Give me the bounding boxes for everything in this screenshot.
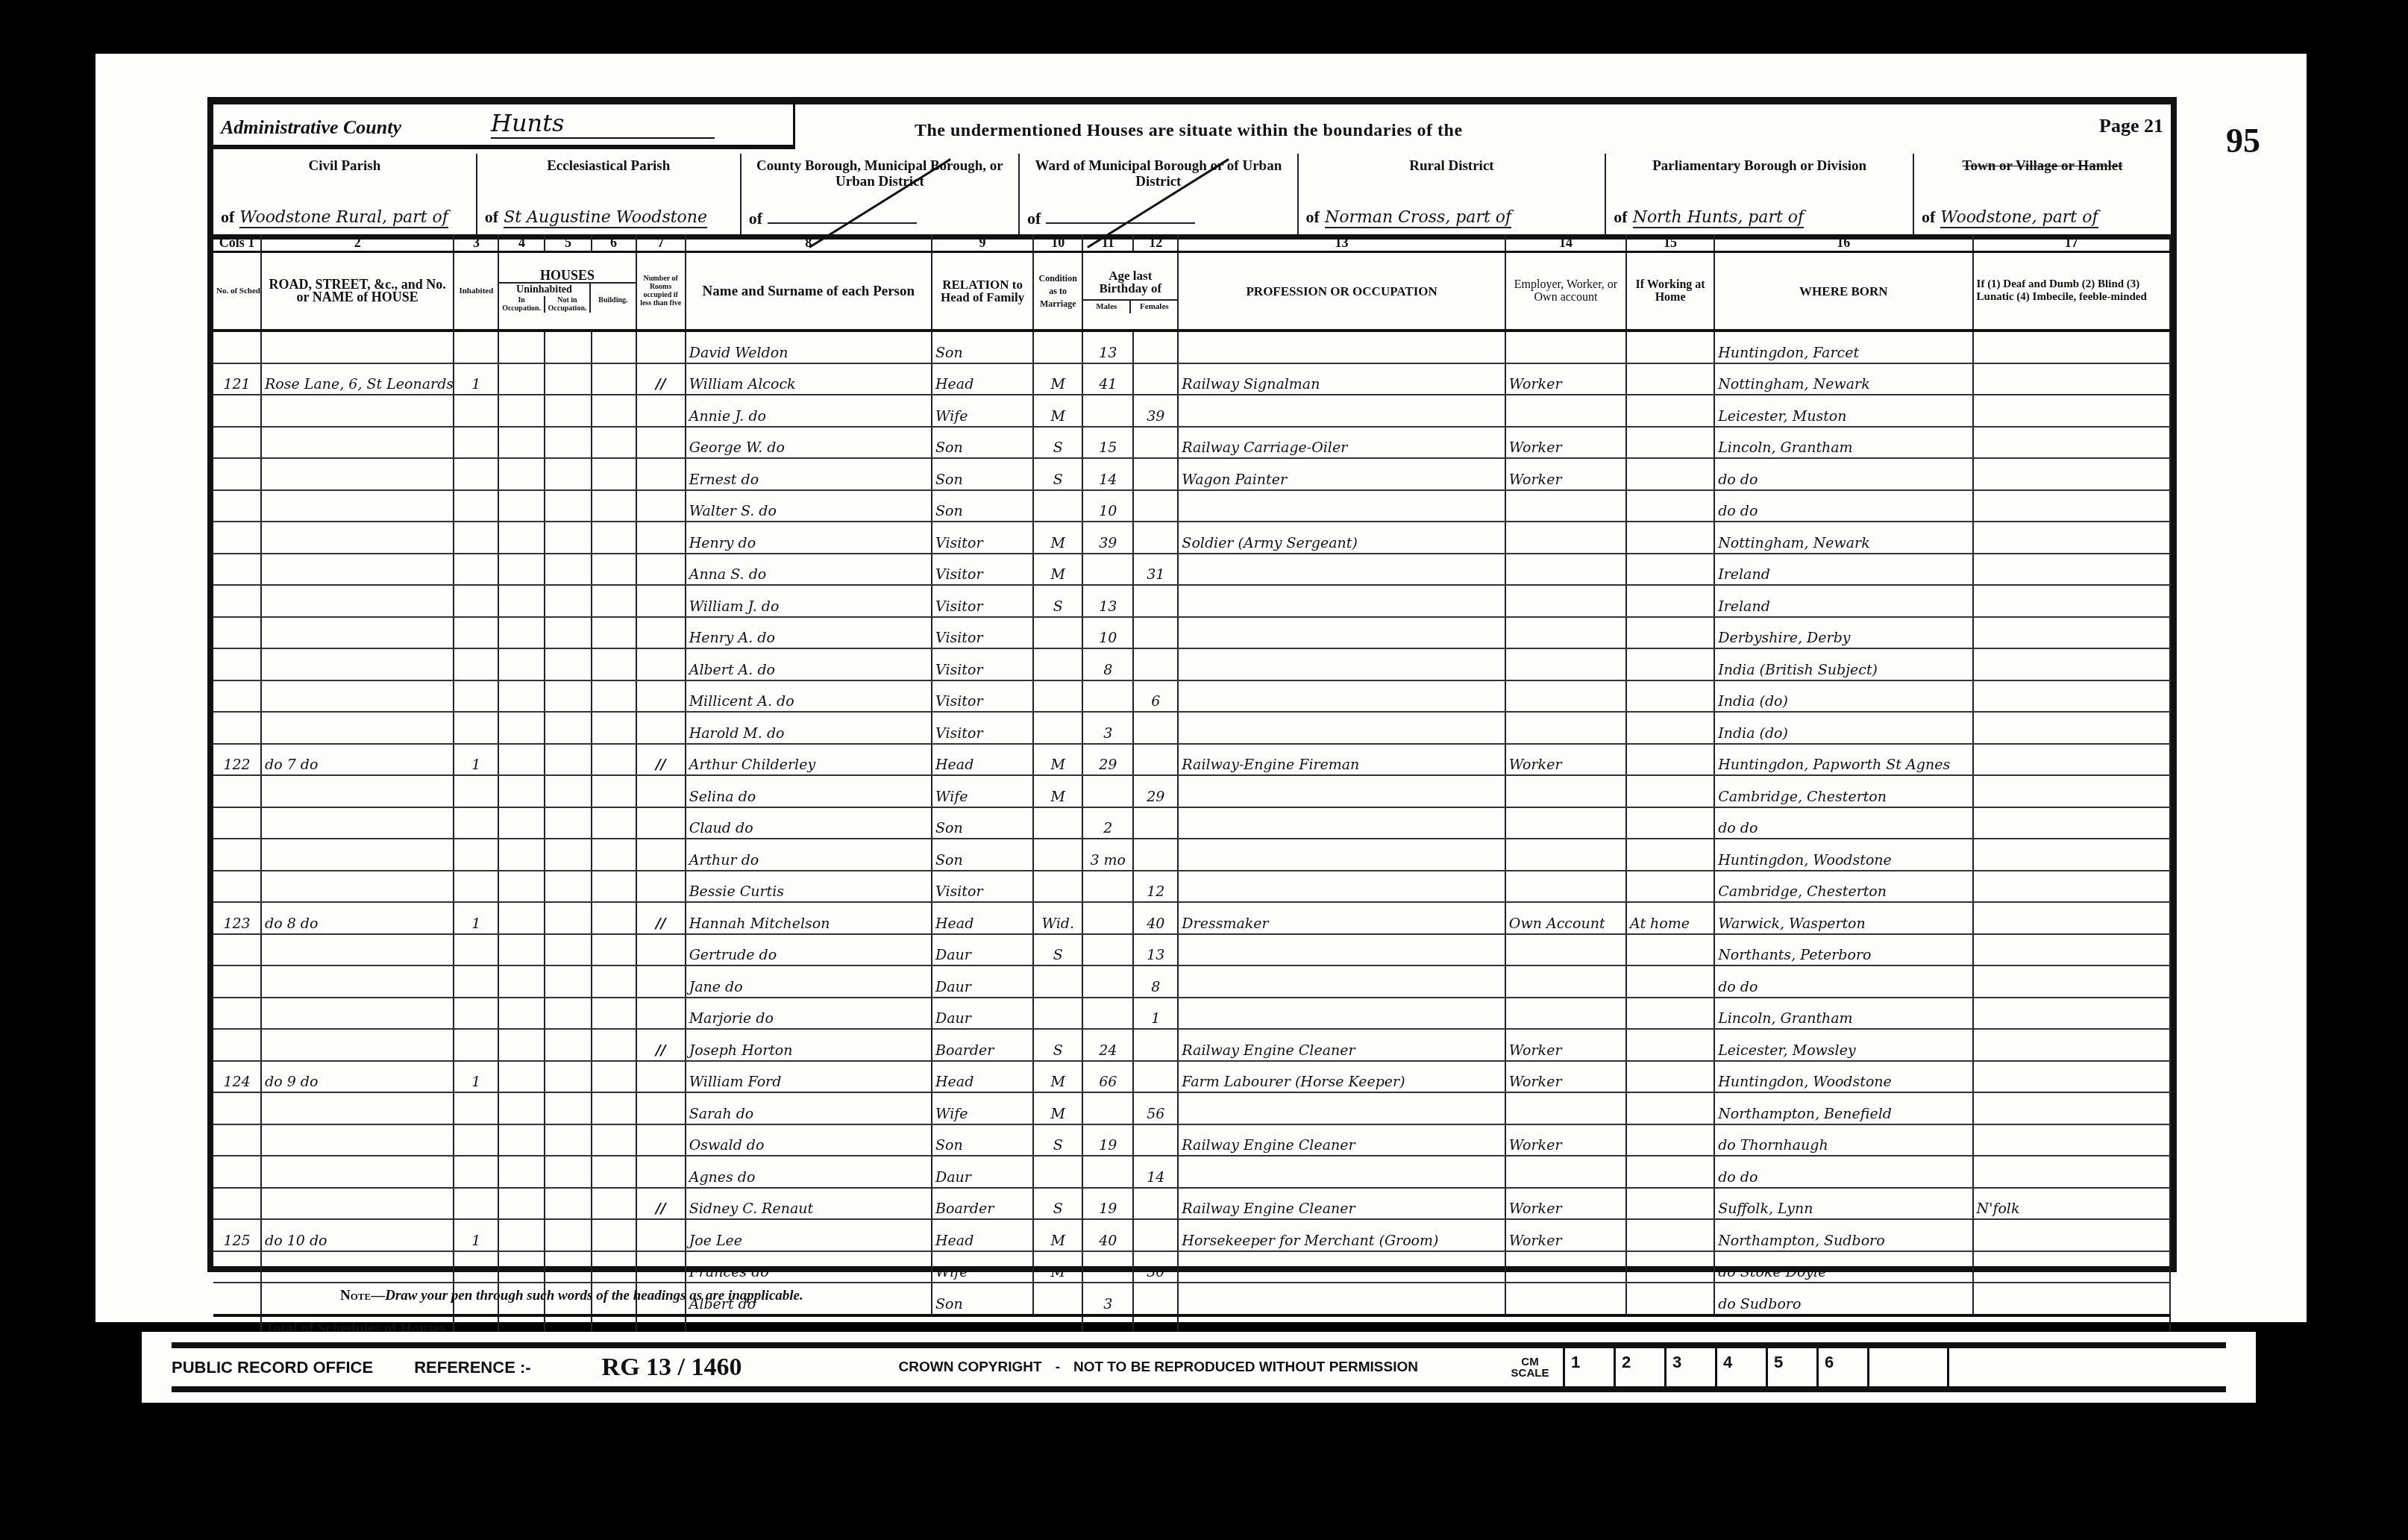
col-road-header: ROAD, STREET, &c., and No. or NAME of HO… xyxy=(261,252,454,331)
area-value: of Woodstone, part of xyxy=(1922,207,2163,228)
males-label: Males xyxy=(1083,301,1131,313)
not-in-occupation xyxy=(545,522,591,554)
marital-condition: M xyxy=(1033,744,1082,776)
rooms-mark: // xyxy=(636,744,686,776)
infirmity xyxy=(1973,1251,2170,1283)
area-value-text xyxy=(1046,222,1195,224)
building xyxy=(592,934,636,966)
not-in-occupation xyxy=(545,1188,591,1220)
column-number: 14 xyxy=(1505,234,1626,252)
male-age xyxy=(1082,680,1133,713)
male-age: 8 xyxy=(1082,648,1133,680)
column-number: 3 xyxy=(454,234,498,252)
female-age: 31 xyxy=(1133,554,1178,586)
occupation xyxy=(1178,1092,1505,1124)
relation: Visitor xyxy=(932,617,1033,649)
in-occupation xyxy=(498,1092,545,1124)
female-age xyxy=(1133,427,1178,459)
column-number: 2 xyxy=(261,234,454,252)
female-age xyxy=(1133,458,1178,490)
in-occupation-label: In Occupation. xyxy=(499,296,545,313)
birthplace: Ireland xyxy=(1714,585,1972,617)
birthplace: Warwick, Wasperton xyxy=(1714,902,1972,934)
area-civil-parish: Civil Parishof Woodstone Rural, part of xyxy=(213,154,477,234)
employment-status: Worker xyxy=(1505,744,1626,776)
not-in-occupation xyxy=(545,775,591,807)
column-headings-row: No. of Schedule ROAD, STREET, &c., and N… xyxy=(213,252,2170,331)
address xyxy=(261,458,454,490)
marital-condition xyxy=(1033,807,1082,839)
not-in-occupation xyxy=(545,331,591,363)
female-age xyxy=(1133,648,1178,680)
infirmity xyxy=(1973,427,2170,459)
schedule-number xyxy=(213,395,261,427)
table-row: Harold M. doVisitor3India (do) xyxy=(213,712,2170,744)
person-name: Claud do xyxy=(686,807,932,839)
occupation: Horsekeeper for Merchant (Groom) xyxy=(1178,1219,1505,1251)
table-row: Henry doVisitorM39Soldier (Army Sergeant… xyxy=(213,522,2170,554)
employment-status: Own Account xyxy=(1505,902,1626,934)
working-at-home xyxy=(1626,934,1714,966)
occupation xyxy=(1178,680,1505,713)
relation: Head xyxy=(932,902,1033,934)
birthplace: Nottingham, Newark xyxy=(1714,522,1972,554)
person-name: George W. do xyxy=(686,427,932,459)
male-age: 66 xyxy=(1082,1061,1133,1093)
employment-status: Worker xyxy=(1505,1029,1626,1061)
not-in-occupation xyxy=(545,617,591,649)
female-age xyxy=(1133,1283,1178,1315)
schedule-number xyxy=(213,839,261,871)
person-name: Sarah do xyxy=(686,1092,932,1124)
address xyxy=(261,617,454,649)
person-name: Frances do xyxy=(686,1251,932,1283)
occupation xyxy=(1178,934,1505,966)
not-in-occupation-label: Not in Occupation. xyxy=(545,296,591,313)
person-name: Anna S. do xyxy=(686,554,932,586)
not-in-occupation xyxy=(545,1029,591,1061)
relation: Son xyxy=(932,458,1033,490)
col-infirmity-header: If (1) Deaf and Dumb (2) Blind (3) Lunat… xyxy=(1973,252,2170,331)
address xyxy=(261,1251,454,1283)
person-name: Joseph Horton xyxy=(686,1029,932,1061)
address xyxy=(261,934,454,966)
building xyxy=(592,1156,636,1188)
table-row: Bessie CurtisVisitor12Cambridge, Chester… xyxy=(213,871,2170,903)
marital-condition: M xyxy=(1033,1092,1082,1124)
building-label: Building. xyxy=(591,296,635,313)
occupation xyxy=(1178,775,1505,807)
scale-mark: 1 xyxy=(1563,1348,1614,1386)
male-age xyxy=(1082,871,1133,903)
in-occupation xyxy=(498,965,545,998)
relation: Visitor xyxy=(932,871,1033,903)
relation: Son xyxy=(932,1283,1033,1315)
col-name-header: Name and Surname of each Person xyxy=(686,252,932,331)
person-name: William J. do xyxy=(686,585,932,617)
female-age: 8 xyxy=(1133,965,1178,998)
address xyxy=(261,1092,454,1124)
admin-county-label: Administrative County xyxy=(221,116,401,139)
table-row: 123do 8 do1//Hannah MitchelsonHeadWid.40… xyxy=(213,902,2170,934)
address xyxy=(261,807,454,839)
working-at-home xyxy=(1626,554,1714,586)
scale-mark-end xyxy=(1867,1348,1949,1386)
inhabited-count xyxy=(454,458,498,490)
area-value-text: St Augustine Woodstone xyxy=(504,208,707,228)
birthplace: do do xyxy=(1714,490,1972,522)
boundary-text: The undermentioned Houses are situate wi… xyxy=(915,121,1463,141)
in-occupation xyxy=(498,902,545,934)
rooms-mark xyxy=(636,998,686,1030)
birthplace: Derbyshire, Derby xyxy=(1714,617,1972,649)
rooms-mark xyxy=(636,617,686,649)
marital-condition xyxy=(1033,617,1082,649)
male-age: 2 xyxy=(1082,807,1133,839)
person-name: Harold M. do xyxy=(686,712,932,744)
male-age: 19 xyxy=(1082,1188,1133,1220)
marital-condition xyxy=(1033,712,1082,744)
table-row: Gertrude doDaurS13Northants, Peterboro xyxy=(213,934,2170,966)
relation: Son xyxy=(932,490,1033,522)
inhabited-count xyxy=(454,998,498,1030)
working-at-home xyxy=(1626,839,1714,871)
person-name: Ernest do xyxy=(686,458,932,490)
inhabited-count xyxy=(454,1092,498,1124)
occupation xyxy=(1178,998,1505,1030)
area-value-text: Woodstone Rural, part of xyxy=(239,208,448,228)
working-at-home xyxy=(1626,1283,1714,1315)
employment-status xyxy=(1505,617,1626,649)
working-at-home xyxy=(1626,395,1714,427)
area-title: Parliamentary Borough or Division xyxy=(1612,158,1907,174)
building xyxy=(592,712,636,744)
in-occupation xyxy=(498,427,545,459)
rooms-mark: // xyxy=(636,902,686,934)
occupation xyxy=(1178,554,1505,586)
employment-status: Worker xyxy=(1505,458,1626,490)
census-sheet: 95 Administrative County Hunts The under… xyxy=(95,54,2307,1322)
infirmity xyxy=(1973,490,2170,522)
footnote: Note—Draw your pen through such words of… xyxy=(340,1288,803,1304)
birthplace: do Sudboro xyxy=(1714,1283,1972,1315)
person-name: Oswald do xyxy=(686,1124,932,1156)
building xyxy=(592,680,636,713)
rooms-mark: // xyxy=(636,1029,686,1061)
address xyxy=(261,522,454,554)
employment-status xyxy=(1505,965,1626,998)
col-age-header: Age last Birthday of Males Females xyxy=(1082,252,1178,331)
marital-condition: M xyxy=(1033,1219,1082,1251)
employment-status xyxy=(1505,490,1626,522)
person-name: Arthur Childerley xyxy=(686,744,932,776)
occupation xyxy=(1178,490,1505,522)
working-at-home xyxy=(1626,775,1714,807)
in-occupation xyxy=(498,363,545,395)
schedule-number: 125 xyxy=(213,1219,261,1251)
inhabited-count: 1 xyxy=(454,744,498,776)
address xyxy=(261,585,454,617)
address xyxy=(261,839,454,871)
employment-status xyxy=(1505,1156,1626,1188)
infirmity xyxy=(1973,998,2170,1030)
working-at-home xyxy=(1626,1188,1714,1220)
relation: Boarder xyxy=(932,1029,1033,1061)
address xyxy=(261,395,454,427)
schedule-number xyxy=(213,490,261,522)
in-occupation xyxy=(498,1188,545,1220)
rooms-mark: // xyxy=(636,363,686,395)
infirmity xyxy=(1973,902,2170,934)
employment-status xyxy=(1505,871,1626,903)
infirmity xyxy=(1973,554,2170,586)
employment-status xyxy=(1505,554,1626,586)
female-age xyxy=(1133,807,1178,839)
birthplace: Northampton, Benefield xyxy=(1714,1092,1972,1124)
male-age: 24 xyxy=(1082,1029,1133,1061)
area-title: Civil Parish xyxy=(219,158,470,174)
col-relation-header: RELATION to Head of Family xyxy=(932,252,1033,331)
relation: Head xyxy=(932,1061,1033,1093)
male-age: 10 xyxy=(1082,490,1133,522)
scale-mark: 2 xyxy=(1614,1348,1664,1386)
birthplace: Leicester, Mowsley xyxy=(1714,1029,1972,1061)
relation: Head xyxy=(932,744,1033,776)
infirmity xyxy=(1973,395,2170,427)
male-age: 39 xyxy=(1082,522,1133,554)
in-occupation xyxy=(498,1061,545,1093)
inhabited-count xyxy=(454,839,498,871)
area-rural-district: Rural Districtof Norman Cross, part of xyxy=(1299,154,1607,234)
infirmity xyxy=(1973,680,2170,713)
birthplace: Cambridge, Chesterton xyxy=(1714,871,1972,903)
relation: Boarder xyxy=(932,1188,1033,1220)
person-name: David Weldon xyxy=(686,331,932,363)
birthplace: India (do) xyxy=(1714,712,1972,744)
column-number: 7 xyxy=(636,234,686,252)
birthplace: do do xyxy=(1714,458,1972,490)
rooms-mark xyxy=(636,554,686,586)
building xyxy=(592,1029,636,1061)
address xyxy=(261,871,454,903)
birthplace: do do xyxy=(1714,965,1972,998)
table-row: Jane doDaur8do do xyxy=(213,965,2170,998)
relation: Daur xyxy=(932,1156,1033,1188)
infirmity xyxy=(1973,585,2170,617)
address xyxy=(261,554,454,586)
admin-county-box: Administrative County Hunts xyxy=(213,104,795,149)
rooms-mark xyxy=(636,712,686,744)
building xyxy=(592,1061,636,1093)
schedule-number xyxy=(213,871,261,903)
female-age: 56 xyxy=(1133,1092,1178,1124)
rooms-mark xyxy=(636,839,686,871)
marital-condition xyxy=(1033,965,1082,998)
in-occupation xyxy=(498,775,545,807)
admin-county-value: Hunts xyxy=(491,109,715,139)
table-row: Annie J. doWifeM39Leicester, Muston xyxy=(213,395,2170,427)
birthplace: India (do) xyxy=(1714,680,1972,713)
in-occupation xyxy=(498,934,545,966)
in-occupation xyxy=(498,617,545,649)
column-number: 11 xyxy=(1082,234,1133,252)
area-ward-of-municipal-borough-or-of-urban-district: Ward of Municipal Borough or of Urban Di… xyxy=(1020,154,1298,234)
employment-status xyxy=(1505,712,1626,744)
relation: Son xyxy=(932,331,1033,363)
not-in-occupation xyxy=(545,1251,591,1283)
male-age xyxy=(1082,965,1133,998)
male-age: 15 xyxy=(1082,427,1133,459)
in-occupation xyxy=(498,1156,545,1188)
male-age: 13 xyxy=(1082,585,1133,617)
relation: Visitor xyxy=(932,712,1033,744)
table-row: Marjorie doDaur1Lincoln, Grantham xyxy=(213,998,2170,1030)
inhabited-count xyxy=(454,807,498,839)
working-at-home xyxy=(1626,458,1714,490)
marital-condition xyxy=(1033,680,1082,713)
inhabited-count xyxy=(454,1251,498,1283)
birthplace: Huntingdon, Woodstone xyxy=(1714,839,1972,871)
table-row: Selina doWifeM29Cambridge, Chesterton xyxy=(213,775,2170,807)
relation: Son xyxy=(932,807,1033,839)
restriction-label: NOT TO BE REPRODUCED WITHOUT PERMISSION xyxy=(1073,1359,1418,1376)
of-label: of xyxy=(1027,209,1041,228)
birthplace: Ireland xyxy=(1714,554,1972,586)
table-row: David WeldonSon13Huntingdon, Farcet xyxy=(213,331,2170,363)
area-value: of North Hunts, part of xyxy=(1614,207,1905,228)
col-rooms-header: Number of Rooms occupied if less than fi… xyxy=(636,252,686,331)
inhabited-count: 1 xyxy=(454,363,498,395)
female-age xyxy=(1133,363,1178,395)
occupation: Railway Engine Cleaner xyxy=(1178,1188,1505,1220)
marital-condition: M xyxy=(1033,395,1082,427)
birthplace: India (British Subject) xyxy=(1714,648,1972,680)
marital-condition xyxy=(1033,998,1082,1030)
birthplace: Lincoln, Grantham xyxy=(1714,427,1972,459)
occupation xyxy=(1178,1283,1505,1315)
inhabited-count xyxy=(454,965,498,998)
infirmity xyxy=(1973,1092,2170,1124)
of-label: of xyxy=(749,209,762,228)
inhabited-count xyxy=(454,775,498,807)
not-in-occupation xyxy=(545,902,591,934)
area-value: of xyxy=(749,209,1011,228)
not-in-occupation xyxy=(545,1156,591,1188)
schedule-number: 121 xyxy=(213,363,261,395)
working-at-home xyxy=(1626,1029,1714,1061)
not-in-occupation xyxy=(545,395,591,427)
birthplace: do do xyxy=(1714,807,1972,839)
building xyxy=(592,1188,636,1220)
marital-condition xyxy=(1033,839,1082,871)
occupation: Railway-Engine Fireman xyxy=(1178,744,1505,776)
in-occupation xyxy=(498,871,545,903)
male-age xyxy=(1082,775,1133,807)
female-age xyxy=(1133,1029,1178,1061)
male-age: 3 xyxy=(1082,1283,1133,1315)
marital-condition: Wid. xyxy=(1033,902,1082,934)
building xyxy=(592,1219,636,1251)
person-name: William Alcock xyxy=(686,363,932,395)
address xyxy=(261,1188,454,1220)
infirmity xyxy=(1973,744,2170,776)
table-row: Oswald doSonS19Railway Engine CleanerWor… xyxy=(213,1124,2170,1156)
not-in-occupation xyxy=(545,744,591,776)
marital-condition xyxy=(1033,331,1082,363)
male-age xyxy=(1082,998,1133,1030)
in-occupation xyxy=(498,648,545,680)
working-at-home xyxy=(1626,680,1714,713)
of-label: of xyxy=(1306,207,1320,226)
working-at-home xyxy=(1626,427,1714,459)
building xyxy=(592,1124,636,1156)
schedule-number xyxy=(213,427,261,459)
building xyxy=(592,965,636,998)
female-age xyxy=(1133,522,1178,554)
col-employer-header: Employer, Worker, or Own account xyxy=(1505,252,1626,331)
working-at-home xyxy=(1626,1156,1714,1188)
working-at-home xyxy=(1626,617,1714,649)
rooms-mark xyxy=(636,934,686,966)
address xyxy=(261,1156,454,1188)
occupation: Wagon Painter xyxy=(1178,458,1505,490)
not-in-occupation xyxy=(545,427,591,459)
address xyxy=(261,331,454,363)
birthplace: Lincoln, Grantham xyxy=(1714,998,1972,1030)
person-name: Jane do xyxy=(686,965,932,998)
margin-folio-number: 95 xyxy=(2226,121,2260,160)
relation: Son xyxy=(932,427,1033,459)
inhabited-count xyxy=(454,1029,498,1061)
relation: Wife xyxy=(932,1251,1033,1283)
building xyxy=(592,902,636,934)
employment-status: Worker xyxy=(1505,1219,1626,1251)
scale-mark: 6 xyxy=(1816,1348,1867,1386)
infirmity xyxy=(1973,1029,2170,1061)
building xyxy=(592,427,636,459)
marital-condition: S xyxy=(1033,458,1082,490)
male-age: 29 xyxy=(1082,744,1133,776)
male-age: 19 xyxy=(1082,1124,1133,1156)
birthplace: Northampton, Sudboro xyxy=(1714,1219,1972,1251)
schedule-number xyxy=(213,775,261,807)
working-at-home xyxy=(1626,712,1714,744)
relation: Head xyxy=(932,363,1033,395)
schedule-number xyxy=(213,331,261,363)
inhabited-count xyxy=(454,585,498,617)
occupation: Soldier (Army Sergeant) xyxy=(1178,522,1505,554)
table-row: 125do 10 do1Joe LeeHeadM40Horsekeeper fo… xyxy=(213,1219,2170,1251)
relation: Wife xyxy=(932,395,1033,427)
schedule-number xyxy=(213,1124,261,1156)
area-value: of St Augustine Woodstone xyxy=(485,207,733,228)
in-occupation xyxy=(498,839,545,871)
working-at-home xyxy=(1626,1251,1714,1283)
inhabited-count xyxy=(454,395,498,427)
female-age xyxy=(1133,1188,1178,1220)
schedule-number: 124 xyxy=(213,1061,261,1093)
table-row: 122do 7 do1//Arthur ChilderleyHeadM29Rai… xyxy=(213,744,2170,776)
male-age: 10 xyxy=(1082,617,1133,649)
address xyxy=(261,680,454,713)
infirmity xyxy=(1973,807,2170,839)
inhabited-count: 1 xyxy=(454,1219,498,1251)
record-office-label: PUBLIC RECORD OFFICE xyxy=(172,1358,373,1377)
inhabited-count xyxy=(454,712,498,744)
inhabited-count xyxy=(454,554,498,586)
rooms-mark xyxy=(636,490,686,522)
male-age xyxy=(1082,1156,1133,1188)
